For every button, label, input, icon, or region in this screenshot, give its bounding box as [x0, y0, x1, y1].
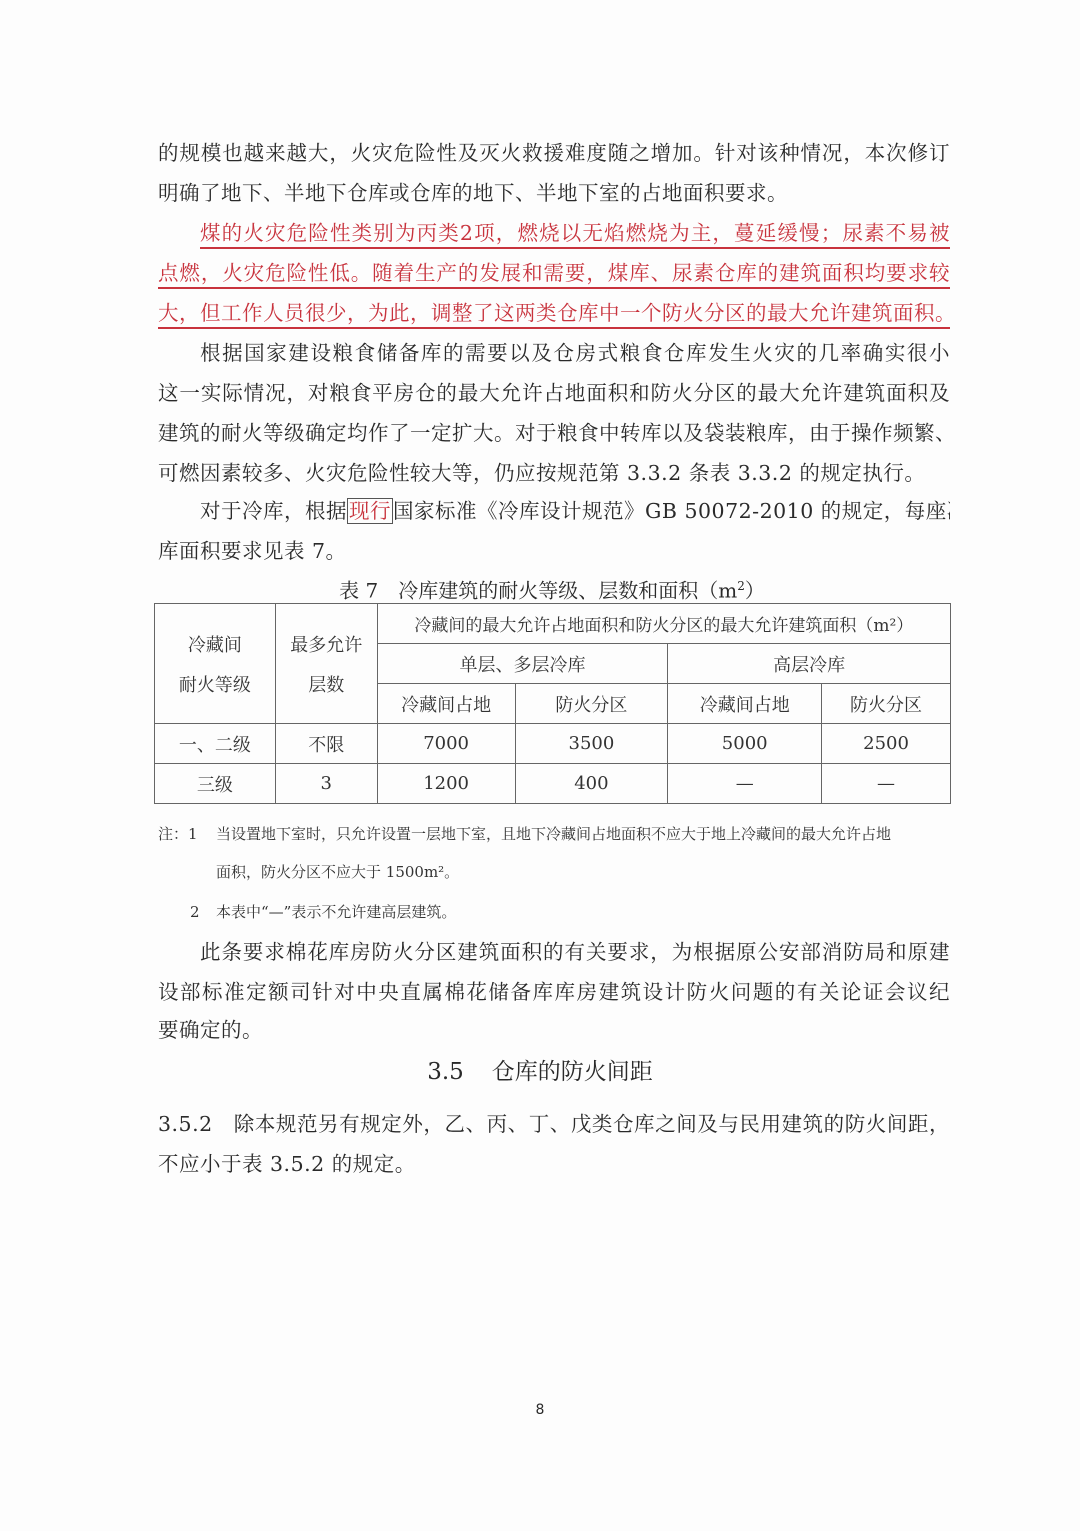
header-text: 最多允许: [276, 631, 377, 657]
table-cell: —: [668, 764, 822, 804]
paragraph-line: 此条要求棉花库房防火分区建筑面积的有关要求，为根据原公安部消防局和原建: [200, 932, 950, 972]
table-cell: 不限: [275, 724, 377, 764]
caption-close: ）: [745, 579, 765, 603]
paragraph-line: 可燃因素较多、火灾危险性较大等，仍应按规范第 3.3.2 条表 3.3.2 的规…: [158, 453, 950, 493]
page-number: 8: [0, 1402, 1080, 1418]
header-fire-rating: 冷藏间耐火等级: [155, 604, 276, 724]
table-row: 一、二级 不限 7000 3500 5000 2500: [155, 724, 951, 764]
note-text: 面积，防火分区不应大于 1500m²。: [216, 860, 459, 884]
section-number: 3.5: [427, 1059, 464, 1085]
paragraph-line: 根据国家建设粮食储备库的需要以及仓房式粮食仓库发生火灾的几率确实很小: [200, 333, 950, 373]
paragraph-line: 要确定的。: [158, 1010, 950, 1050]
table-cell: 2500: [822, 724, 951, 764]
header-text: 层数: [276, 671, 377, 697]
paragraph-line: 明确了地下、半地下仓库或仓库的地下、半地下室的占地面积要求。: [158, 173, 950, 213]
paragraph-line: 库面积要求见表 7。: [158, 531, 950, 571]
paragraph-line: 建筑的耐火等级确定均作了一定扩大。对于粮食中转库以及袋装粮库，由于操作频繁、: [158, 413, 950, 453]
paragraph-line: 这一实际情况，对粮食平房仓的最大允许占地面积和防火分区的最大允许建筑面积及: [158, 373, 950, 413]
header-leaf: 冷藏间占地: [377, 684, 515, 724]
table-cell: 5000: [668, 724, 822, 764]
text-span: 国家标准《冷库设计规范》GB 50072-2010 的规定，每座冷: [393, 499, 950, 523]
revision-line: 点燃，火灾危险性低。随着生产的发展和需要，煤库、尿素仓库的建筑面积均要求较: [158, 253, 950, 293]
header-max-floors: 最多允许层数: [275, 604, 377, 724]
table-7: 冷藏间耐火等级 最多允许层数 冷藏间的最大允许占地面积和防火分区的最大允许建筑面…: [154, 603, 951, 804]
table-cell: 三级: [155, 764, 276, 804]
header-leaf: 防火分区: [515, 684, 668, 724]
caption-text: 表 7 冷库建筑的耐火等级、层数和面积（m: [339, 579, 737, 603]
header-text: 耐火等级: [155, 671, 275, 697]
section-title: 仓库的防火间距: [492, 1059, 653, 1085]
revision-text: 点燃，火灾危险性低。随着生产的发展和需要，煤库、尿素仓库的建筑面积均要求较: [158, 261, 950, 289]
revision-box: 现行: [347, 498, 393, 524]
revision-text: 煤的火灾危险性类别为丙类2项，燃烧以无焰燃烧为主，蔓延缓慢；尿素不易被: [200, 221, 950, 249]
caption-sup: 2: [737, 579, 745, 593]
header-leaf: 防火分区: [822, 684, 951, 724]
paragraph-line: 设部标准定额司针对中央直属棉花储备库库房建筑设计防火问题的有关论证会议纪: [158, 972, 950, 1012]
document-page: 的规模也越来越大，火灾危险性及灭火救援难度随之增加。针对该种情况，本次修订 明确…: [0, 0, 1080, 1531]
table-row: 三级 3 1200 400 — —: [155, 764, 951, 804]
section-heading: 3.5仓库的防火间距: [0, 1052, 1080, 1092]
table-cell: 7000: [377, 724, 515, 764]
note-text: 当设置地下室时，只允许设置一层地下室，且地下冷藏间占地面积不应大于地上冷藏间的最…: [216, 822, 891, 846]
table-cell: 1200: [377, 764, 515, 804]
note-label: 2: [190, 900, 200, 924]
paragraph-line: 对于冷库，根据现行国家标准《冷库设计规范》GB 50072-2010 的规定，每…: [200, 491, 950, 531]
note-text: 本表中“—”表示不允许建高层建筑。: [216, 900, 456, 924]
header-group: 冷藏间的最大允许占地面积和防火分区的最大允许建筑面积（m²）: [377, 604, 950, 644]
table-cell: 3: [275, 764, 377, 804]
revision-text: 大，但工作人员很少，为此，调整了这两类仓库中一个防火分区的最大允许建筑面积。: [158, 301, 950, 329]
header-high-rise: 高层冷库: [668, 644, 951, 684]
header-text: 冷藏间: [155, 631, 275, 657]
paragraph-line: 的规模也越来越大，火灾危险性及灭火救援难度随之增加。针对该种情况，本次修订: [158, 133, 950, 173]
header-leaf: 冷藏间占地: [668, 684, 822, 724]
table-cell: 3500: [515, 724, 668, 764]
note-label: 注：1: [158, 822, 198, 846]
table-cell: 400: [515, 764, 668, 804]
header-single-multi: 单层、多层冷库: [377, 644, 668, 684]
revision-line: 大，但工作人员很少，为此，调整了这两类仓库中一个防火分区的最大允许建筑面积。: [158, 293, 950, 333]
revision-line: 煤的火灾危险性类别为丙类2项，燃烧以无焰燃烧为主，蔓延缓慢；尿素不易被: [200, 213, 950, 253]
table-cell: —: [822, 764, 951, 804]
paragraph-line: 3.5.2 除本规范另有规定外，乙、丙、丁、戊类仓库之间及与民用建筑的防火间距，: [158, 1104, 950, 1144]
text-span: 对于冷库，根据: [200, 499, 347, 523]
table-cell: 一、二级: [155, 724, 276, 764]
paragraph-line: 不应小于表 3.5.2 的规定。: [158, 1144, 950, 1184]
